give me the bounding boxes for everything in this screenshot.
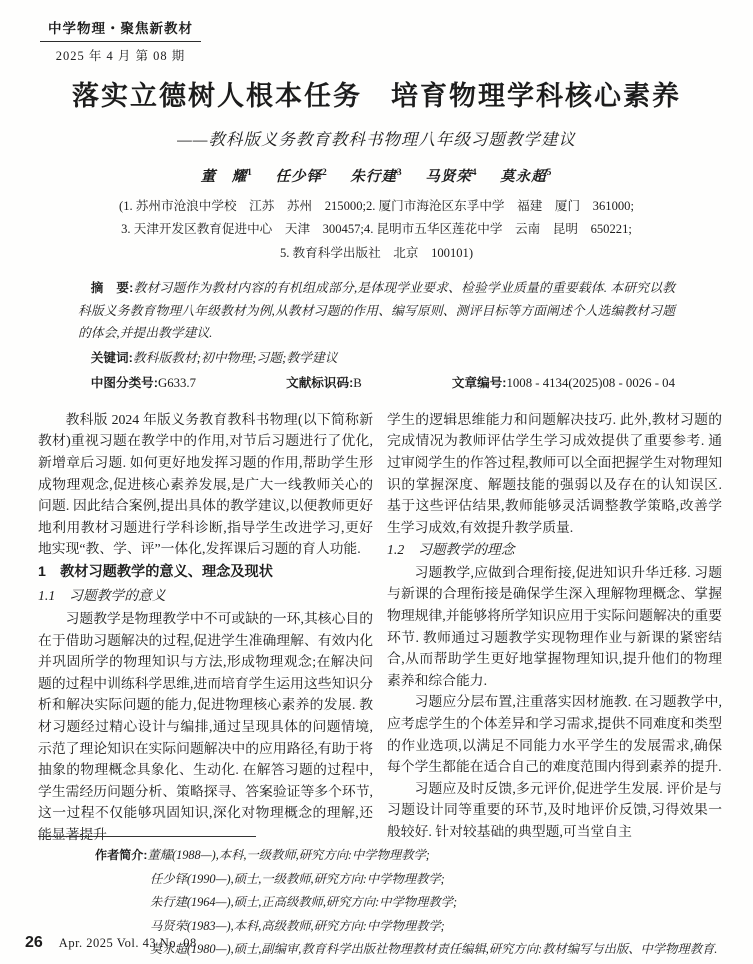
page-footer: 26 Apr. 2025 Vol. 43 No. 08 [25, 934, 197, 952]
doc-code-label: 文献标识码: [286, 376, 353, 390]
author-bio: 朱行建(1964—),硕士,正高级教师,研究方向:中学物理教学; [95, 891, 722, 915]
body-paragraph-continued: 学生的逻辑思维能力和问题解决技巧. 此外,教材习题的完成情况为教师评估学生学习成… [387, 409, 722, 539]
author: 任少铎2 [276, 169, 328, 185]
doc-code-value: B [353, 376, 362, 390]
document-code: 文献标识码:B [286, 372, 362, 395]
abstract-label: 摘 要: [91, 281, 134, 295]
keywords-text: 教科版教材;初中物理;习题;教学建议 [133, 351, 338, 365]
clc-value: G633.7 [158, 376, 196, 390]
author-name: 朱行建 [350, 169, 397, 185]
body-paragraph: 习题教学是物理教学中不可或缺的一环,其核心目的在于借助习题解决的过程,促进学生准… [38, 608, 373, 846]
section-heading-1: 1 教材习题教学的意义、理念及现状 [38, 562, 373, 584]
author-affiliations: (1. 苏州市沧浪中学校 江苏 苏州 215000;2. 厦门市海沧区东孚中学 … [0, 195, 753, 265]
author-bio: 任少铎(1990—),硕士,一级教师,研究方向:中学物理教学; [95, 868, 722, 892]
article-id-label: 文章编号: [452, 376, 507, 390]
article-title: 落实立德树人根本任务 培育物理学科核心素养 [10, 74, 743, 113]
right-column: 学生的逻辑思维能力和问题解决技巧. 此外,教材习题的完成情况为教师评估学生学习成… [387, 409, 722, 846]
affiliation-line: 5. 教育科学出版社 北京 100101) [0, 242, 753, 265]
page-number: 26 [25, 934, 43, 952]
author-name: 任少铎 [276, 169, 323, 185]
author-list: 董 耀1 任少铎2 朱行建3 马贤荣4 莫永超5 [0, 165, 753, 186]
subsection-heading-1-1: 1.1 习题教学的意义 [38, 585, 373, 607]
journal-article-page: 中学物理・聚焦新教材 2025 年 4 月 第 08 期 落实立德树人根本任务 … [0, 0, 753, 964]
clc-label: 中图分类号: [91, 376, 158, 390]
author: 马贤荣4 [425, 169, 477, 185]
affiliation-line: 3. 天津开发区教育促进中心 天津 300457;4. 昆明市五华区莲花中学 云… [0, 218, 753, 241]
author: 朱行建3 [350, 169, 402, 185]
author-affil-mark: 5 [547, 168, 553, 178]
article-id-value: 1008 - 4134(2025)08 - 0026 - 04 [507, 376, 675, 390]
abstract-text: 教材习题作为教材内容的有机组成部分,是体现学业要求、检验学业质量的重要载体. 本… [78, 281, 675, 341]
clc-number: 中图分类号:G633.7 [91, 372, 196, 395]
article-body: 教科版 2024 年版义务教育教科书物理(以下简称新教材)重视习题在教学中的作用… [0, 395, 753, 846]
author-name: 马贤荣 [425, 169, 472, 185]
author-affil-mark: 2 [322, 168, 328, 178]
keywords: 关键词:教科版教材;初中物理;习题;教学建议 [78, 347, 675, 370]
abstract: 摘 要:教材习题作为教材内容的有机组成部分,是体现学业要求、检验学业质量的重要载… [78, 277, 675, 345]
journal-header: 中学物理・聚焦新教材 2025 年 4 月 第 08 期 [40, 17, 201, 64]
classification-line: 中图分类号:G633.7 文献标识码:B 文章编号:1008 - 4134(20… [78, 372, 675, 395]
body-paragraph: 习题教学,应做到合理衔接,促进知识升华迁移. 习题与新课的合理衔接是确保学生深入… [387, 562, 722, 692]
author-affil-mark: 4 [472, 168, 478, 178]
body-paragraph: 习题应分层布置,注重落实因材施教. 在习题教学中,应考虑学生的个体差异和学习需求… [387, 691, 722, 777]
article-subtitle: ——教科版义务教育教科书物理八年级习题教学建议 [0, 126, 753, 150]
subsection-heading-1-2: 1.2 习题教学的理念 [387, 539, 722, 561]
author-bio: 作者简介:董耀(1988—),本科,一级教师,研究方向:中学物理教学; [95, 844, 722, 868]
bio-text: 董耀(1988—),本科,一级教师,研究方向:中学物理教学; [147, 848, 429, 862]
bio-label: 作者简介: [95, 848, 147, 862]
keywords-label: 关键词: [91, 351, 133, 365]
author: 莫永超5 [500, 169, 552, 185]
left-column: 教科版 2024 年版义务教育教科书物理(以下简称新教材)重视习题在教学中的作用… [38, 409, 373, 846]
author: 董 耀1 [201, 169, 253, 185]
body-paragraph: 教科版 2024 年版义务教育教科书物理(以下简称新教材)重视习题在教学中的作用… [38, 409, 373, 560]
footnote-divider [38, 836, 256, 837]
body-paragraph: 习题应及时反馈,多元评价,促进学生发展. 评价是与习题设计同等重要的环节,及时地… [387, 778, 722, 843]
journal-issue: 2025 年 4 月 第 08 期 [40, 42, 201, 64]
issue-info: Apr. 2025 Vol. 43 No. 08 [59, 936, 197, 951]
author-affil-mark: 3 [397, 168, 403, 178]
article-id: 文章编号:1008 - 4134(2025)08 - 0026 - 04 [452, 372, 675, 395]
article-meta: 摘 要:教材习题作为教材内容的有机组成部分,是体现学业要求、检验学业质量的重要载… [78, 277, 675, 395]
affiliation-line: (1. 苏州市沧浪中学校 江苏 苏州 215000;2. 厦门市海沧区东孚中学 … [0, 195, 753, 218]
author-name: 莫永超 [500, 169, 547, 185]
journal-name-badge: 中学物理・聚焦新教材 [40, 17, 201, 42]
author-affil-mark: 1 [247, 168, 253, 178]
author-name: 董 耀 [201, 169, 248, 185]
